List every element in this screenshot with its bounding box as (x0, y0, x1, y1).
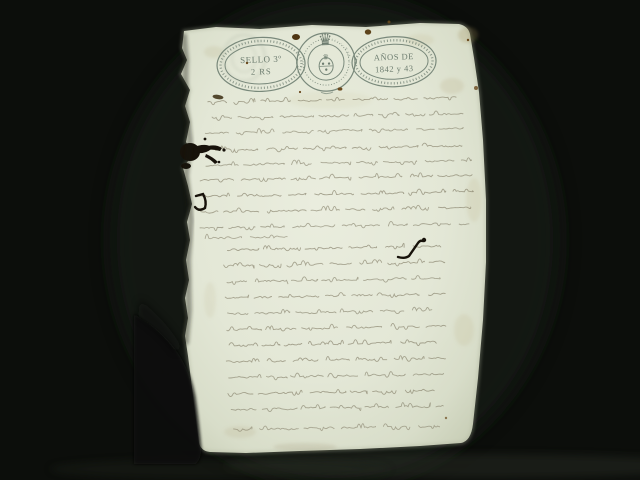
crown-icon: ♛ (318, 32, 333, 49)
document-page: SELLO 3º 2 RS ♛ · · · · · · · Y LA · · ·… (149, 21, 486, 454)
photo-of-historical-document: SELLO 3º 2 RS ♛ · · · · · · · Y LA · · ·… (0, 0, 640, 480)
document-photo-canvas: SELLO 3º 2 RS ♛ · · · · · · · Y LA · · ·… (0, 0, 640, 480)
table-highlight-band-left (50, 459, 390, 479)
stamp-years-label: AÑOS DE (374, 51, 414, 62)
stamp-years-value: 1842 y 43 (375, 63, 414, 74)
stamp-sello-value: 2 RS (251, 66, 272, 77)
